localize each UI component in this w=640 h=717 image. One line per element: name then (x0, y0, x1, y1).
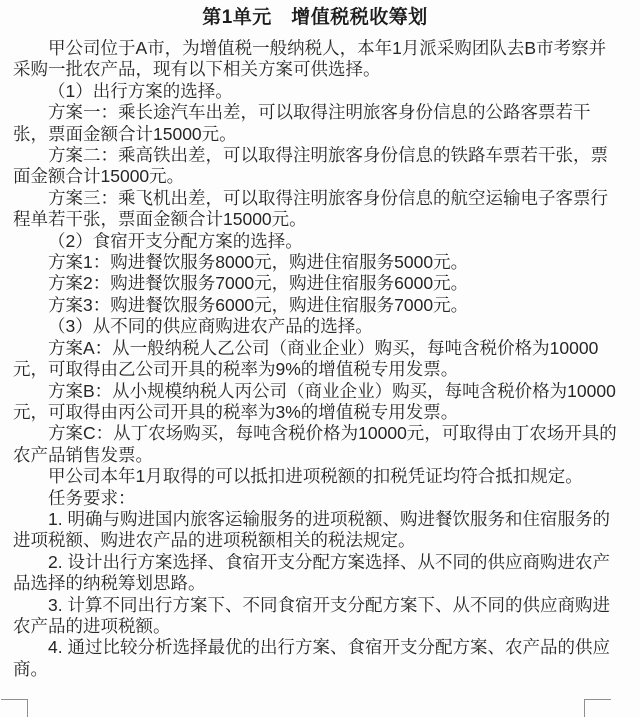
paragraph-intro: 甲公司位于A市，为增值税一般纳税人，本年1月派采购团队去B市考察并采购一批农产品… (13, 38, 617, 81)
paragraph-travel-plan-2: 方案二：乘高铁出差，可以取得注明旅客身份信息的铁路车票若干张，票面金额合计150… (13, 145, 617, 188)
document-text-area: 第1单元 增值税税收筹划 甲公司位于A市，为增值税一般纳税人，本年1月派采购团队… (13, 0, 617, 680)
paragraph-section-2-heading: （2）食宿开支分配方案的选择。 (13, 231, 617, 252)
paragraph-travel-plan-1: 方案一：乘长途汽车出差，可以取得注明旅客身份信息的公路客票若干张，票面金额合计1… (13, 102, 617, 145)
page-corner-mark-left (1, 699, 28, 717)
paragraph-task-3: 3. 计算不同出行方案下、不同食宿开支分配方案下、从不同的供应商购进农产品的进项… (13, 595, 617, 638)
paragraph-supplier-plan-c: 方案C：从丁农场购买，每吨含税价格为10000元，可取得由丁农场开具的农产品销售… (13, 423, 617, 466)
paragraph-task-2: 2. 设计出行方案选择、食宿开支分配方案选择、从不同的供应商购进农产品选择的纳税… (13, 552, 617, 595)
paragraph-task-heading: 任务要求： (13, 488, 617, 509)
document-page: { "colors": { "background": "#fdfdfd", "… (0, 0, 640, 717)
paragraph-task-1: 1. 明确与购进国内旅客运输服务的进项税额、购进餐饮服务和住宿服务的进项税额、购… (13, 509, 617, 552)
paragraph-meal-plan-1: 方案1：购进餐饮服务8000元，购进住宿服务5000元。 (13, 252, 617, 273)
paragraph-section-3-heading: （3）从不同的供应商购进农产品的选择。 (13, 316, 617, 337)
paragraph-section-1-heading: （1）出行方案的选择。 (13, 81, 617, 102)
page-corner-mark-right (584, 699, 611, 717)
paragraph-supplier-plan-b: 方案B：从小规模纳税人丙公司（商业企业）购买，每吨含税价格为10000元，可取得… (13, 381, 617, 424)
paragraph-task-4: 4. 通过比较分析选择最优的出行方案、食宿开支分配方案、农产品的供应商。 (13, 637, 617, 680)
paragraph-meal-plan-2: 方案2：购进餐饮服务7000元，购进住宿服务6000元。 (13, 273, 617, 294)
paragraph-travel-plan-3: 方案三：乘飞机出差，可以取得注明旅客身份信息的航空运输电子客票行程单若干张，票面… (13, 188, 617, 231)
paragraph-deduction-note: 甲公司本年1月取得的可以抵扣进项税额的扣税凭证均符合抵扣规定。 (13, 466, 617, 487)
paragraph-meal-plan-3: 方案3：购进餐饮服务6000元，购进住宿服务7000元。 (13, 295, 617, 316)
document-title: 第1单元 增值税税收筹划 (13, 5, 617, 31)
paragraph-supplier-plan-a: 方案A：从一般纳税人乙公司（商业企业）购买，每吨含税价格为10000元，可取得由… (13, 338, 617, 381)
